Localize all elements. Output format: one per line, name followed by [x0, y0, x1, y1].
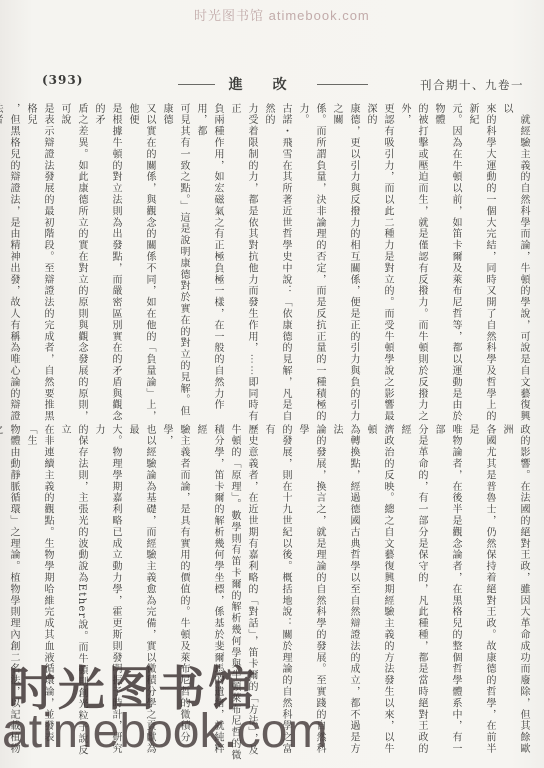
text-column: 可見其有一致之點。」這是說明康德對於實在的對立的見解。但康德	[158, 103, 192, 423]
text-column: 更認有吸引力，而以此二種力是對立的。而受牛頓學說之影響最深的	[362, 103, 396, 423]
text-column: 各國尤其是普魯士，仍然保持着絕對王政。故康德的哲學，在前半是	[464, 424, 498, 764]
text-column: 政的影響。在法國的絕對王政，雖因大革命成功而廢除，但其餘歐洲	[498, 424, 532, 764]
text-column: ，但黑格兒的辯證法，是由精神出發，故人有稱為唯心論的辯證法者	[0, 103, 22, 423]
text-column: 的被打擊或壓迫而生，就是僅認有反撥力。而牛頓則於反撥力之外，	[396, 103, 430, 423]
issue-label: 刊合期十、九卷一	[420, 77, 524, 93]
text-column: 為轉換點，經過德國古典哲學以至自然辯證法的成立，都不過是方法	[328, 424, 362, 764]
journal-title: 進改	[178, 74, 368, 94]
text-column: 負兩種作用，如宏磁氣之有正極負極一樣，在一般的自然力作用，都	[192, 103, 226, 423]
upper-text-block: 就經驗主義的自然科學而論，牛頓的學說，可說是自文藝復興以來的科學大運動的一個大完…	[18, 103, 532, 423]
journal-title-text: 進改	[229, 74, 317, 94]
text-column: 是表示辯證法發展的最初階段。至辯證法的完成者，自然要推黑格兒	[22, 103, 56, 423]
text-column: 係。而所謂負量，決非論理的否定，而是反抗正量的一種積極的力。	[294, 103, 328, 423]
text-column: 來的科學大運動的一個大完結，同時又開了自然科學及哲學上的新紀	[464, 103, 498, 423]
title-rule-left	[178, 84, 215, 85]
watermark-top: 时光图书馆 atimebook.com	[194, 5, 370, 24]
text-column: 古諾・飛雪在其所著近世哲學史中說：「依康德的見解，凡是自然的	[260, 103, 294, 423]
text-column: 又以實在的關係，與觀念的關係不同，如在他的「負量論」上，他便	[124, 103, 158, 423]
watermark-bottom-url: atimebook.com	[2, 704, 327, 759]
text-column: 唯物論者，在後半是觀念論者，在黑格兒的整個哲學體系中，有一部	[430, 424, 464, 764]
text-column: 康德，更以引力與反撥力的相互關係，便是正的引力與負的引力之關	[328, 103, 362, 423]
text-column: 濟政治的反映。總之自文藝復興期經驗主義的方法發生以來，以牛頓	[362, 424, 396, 764]
text-column: 分是革命的，有一部分是保守的，凡此種種，都是當時絕對王政的經	[396, 424, 430, 764]
text-column: 元。因為在牛頓以前，如笛卡爾及萊布尼哲等，都以運動是由於物體	[430, 103, 464, 423]
text-column: 就經驗主義的自然科學而論，牛頓的學說，可說是自文藝復興以	[498, 103, 532, 423]
scanned-journal-page: 时光图书馆 atimebook.com (393) 進改 刊合期十、九卷一 就經…	[0, 0, 544, 768]
title-rule-right	[317, 84, 368, 85]
page-number: (393)	[42, 73, 83, 87]
text-column: 是根據牛頓的對立法則為出發點，而嚴密區別實在的矛盾與觀念的矛	[90, 103, 124, 423]
text-column: 力受着限制的力，都是依其對抗他力而發生作用，⋯⋯即同時有正	[226, 103, 260, 423]
text-column: 盾之差異。如此康德所立的實在對立的原則與觀念發展的原則，可說	[56, 103, 90, 423]
